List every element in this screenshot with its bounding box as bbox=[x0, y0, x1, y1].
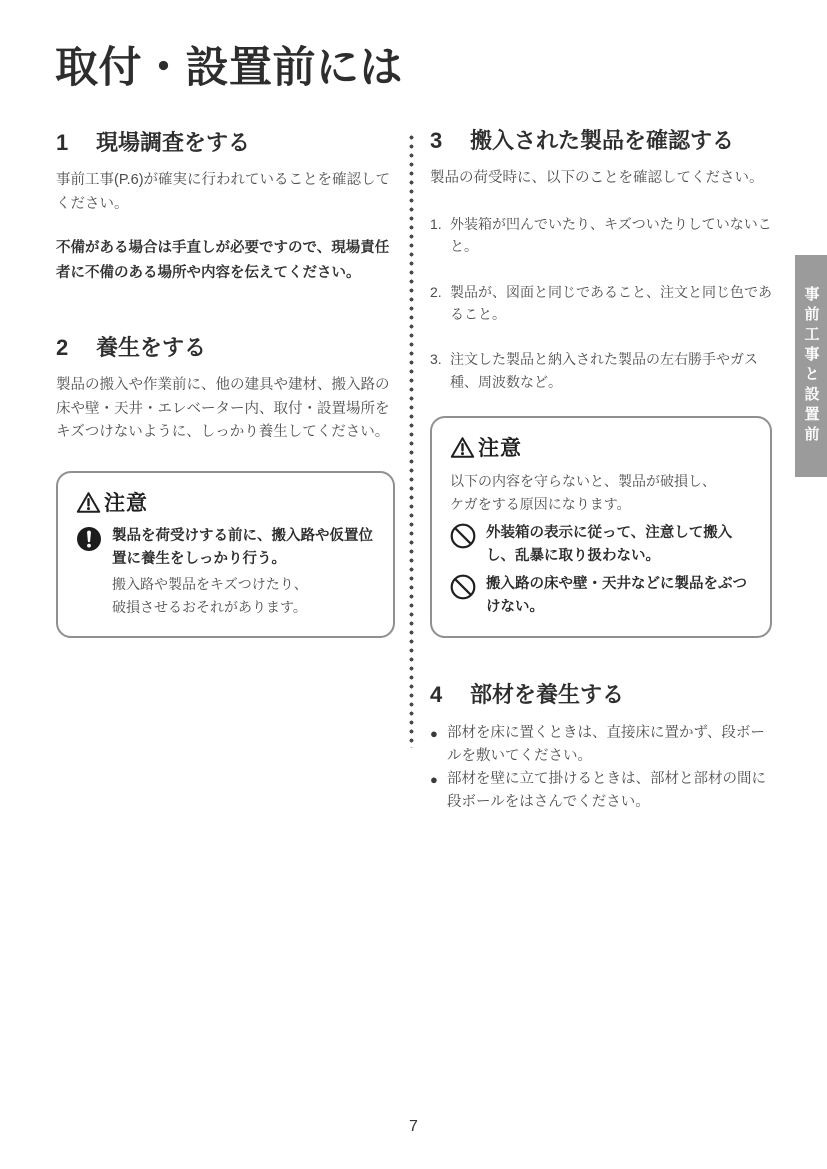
bullet-list: ● 部材を床に置くときは、直接床に置かず、段ボールを敷いてください。 ● 部材を… bbox=[430, 722, 774, 815]
section-1-number: 1 bbox=[56, 130, 96, 156]
caution-item-mandatory: 製品を荷受けする前に、搬入路や仮置位置に養生をしっかり行う。 搬入路や製品をキズ… bbox=[76, 525, 375, 618]
caution-item-prohibition: 外装箱の表示に従って、注意して搬入し、乱暴に取り扱わない。 bbox=[450, 522, 752, 567]
bullet-item: ● 部材を床に置くときは、直接床に置かず、段ボールを敷いてください。 bbox=[430, 722, 774, 768]
section-2-title: 養生をする bbox=[96, 335, 206, 361]
left-column: 1 現場調査をする 事前工事(P.6)が確実に行われていることを確認してください… bbox=[56, 130, 403, 638]
section-2-number: 2 bbox=[56, 335, 96, 361]
caution-consequence: 搬入路や製品をキズつけたり、 破損させるおそれがあります。 bbox=[112, 573, 375, 618]
prohibition-icon bbox=[450, 523, 476, 549]
bullet-text: 部材を壁に立て掛けるときは、部材と部材の間に段ボールをはさんでください。 bbox=[447, 768, 774, 814]
list-item: 2. 製品が、図面と同じであること、注文と同じ色であること。 bbox=[430, 281, 774, 326]
caution-item-text: 外装箱の表示に従って、注意して搬入し、乱暴に取り扱わない。 bbox=[486, 522, 752, 567]
section-4-heading: 4 部材を養生する bbox=[430, 682, 774, 708]
bullet-item: ● 部材を壁に立て掛けるときは、部材と部材の間に段ボールをはさんでください。 bbox=[430, 768, 774, 814]
list-item: 1. 外装箱が凹んでいたり、キズついたりしていないこと。 bbox=[430, 213, 774, 258]
section-3-title: 搬入された製品を確認する bbox=[470, 128, 734, 154]
caution-label: 注意 bbox=[478, 432, 522, 462]
prohibition-icon bbox=[450, 574, 476, 600]
check-list: 1. 外装箱が凹んでいたり、キズついたりしていないこと。 2. 製品が、図面と同… bbox=[430, 213, 774, 393]
list-item-text: 外装箱が凹んでいたり、キズついたりしていないこと。 bbox=[450, 213, 774, 258]
list-item-marker: 1. bbox=[430, 213, 450, 258]
chapter-side-tab: 事前工事と設置前 bbox=[795, 255, 827, 477]
mandatory-exclamation-circle-icon bbox=[76, 526, 102, 552]
prohibition-text: 搬入路の床や壁・天井などに製品をぶつけない。 bbox=[486, 573, 752, 618]
section-protect-parts: 4 部材を養生する ● 部材を床に置くときは、直接床に置かず、段ボールを敷いてく… bbox=[430, 682, 774, 814]
section-protection: 2 養生をする 製品の搬入や作業前に、他の建具や建材、搬入路の床や壁・天井・エレ… bbox=[56, 335, 403, 445]
caution-intro-line-2: ケガをする原因になります。 bbox=[450, 496, 631, 512]
warning-triangle-icon bbox=[450, 436, 475, 459]
caution-header: 注意 bbox=[76, 487, 375, 517]
section-2-heading: 2 養生をする bbox=[56, 335, 403, 361]
caution-item-prohibition: 搬入路の床や壁・天井などに製品をぶつけない。 bbox=[450, 573, 752, 618]
section-4-number: 4 bbox=[430, 682, 470, 708]
bullet-marker: ● bbox=[430, 768, 447, 814]
section-1-body: 事前工事(P.6)が確実に行われていることを確認してください。 bbox=[56, 169, 403, 216]
bullet-text: 部材を床に置くときは、直接床に置かず、段ボールを敷いてください。 bbox=[447, 722, 774, 768]
list-item-text: 製品が、図面と同じであること、注文と同じ色であること。 bbox=[450, 281, 774, 326]
caution-label: 注意 bbox=[104, 487, 148, 517]
caution-instruction: 製品を荷受けする前に、搬入路や仮置位置に養生をしっかり行う。 bbox=[112, 525, 375, 570]
list-item: 3. 注文した製品と納入された製品の左右勝手やガス種、周波数など。 bbox=[430, 348, 774, 393]
section-2-body: 製品の搬入や作業前に、他の建具や建材、搬入路の床や壁・天井・エレベーター内、取付… bbox=[56, 374, 403, 444]
list-item-marker: 3. bbox=[430, 348, 450, 393]
prohibition-text: 外装箱の表示に従って、注意して搬入し、乱暴に取り扱わない。 bbox=[486, 522, 752, 567]
section-3-number: 3 bbox=[430, 128, 470, 154]
manual-page: 取付・設置前には 1 現場調査をする 事前工事(P.6)が確実に行われていること… bbox=[0, 0, 827, 1169]
right-column: 3 搬入された製品を確認する 製品の荷受時に、以下のことを確認してください。 1… bbox=[430, 128, 774, 814]
caution-consequence-line-2: 破損させるおそれがあります。 bbox=[112, 599, 307, 615]
section-site-survey: 1 現場調査をする 事前工事(P.6)が確実に行われていることを確認してください… bbox=[56, 130, 403, 286]
caution-consequence-line-1: 搬入路や製品をキズつけたり、 bbox=[112, 576, 308, 592]
section-4-title: 部材を養生する bbox=[470, 682, 624, 708]
section-check-delivered-product: 3 搬入された製品を確認する 製品の荷受時に、以下のことを確認してください。 1… bbox=[430, 128, 774, 393]
list-item-text: 注文した製品と納入された製品の左右勝手やガス種、周波数など。 bbox=[450, 348, 774, 393]
caution-intro: 以下の内容を守らないと、製品が破損し、 ケガをする原因になります。 bbox=[450, 470, 752, 516]
caution-box-carry-in: 注意 以下の内容を守らないと、製品が破損し、 ケガをする原因になります。 外装箱… bbox=[430, 416, 772, 638]
section-1-title: 現場調査をする bbox=[96, 130, 250, 156]
section-1-bold-note: 不備がある場合は手直しが必要ですので、現場責任者に不備のある場所や内容を伝えてく… bbox=[56, 236, 403, 285]
caution-header: 注意 bbox=[450, 432, 752, 462]
caution-intro-line-1: 以下の内容を守らないと、製品が破損し、 bbox=[450, 473, 716, 489]
section-3-body: 製品の荷受時に、以下のことを確認してください。 bbox=[430, 167, 774, 190]
section-1-heading: 1 現場調査をする bbox=[56, 130, 403, 156]
page-title: 取付・設置前には bbox=[55, 34, 403, 95]
page-number: 7 bbox=[0, 1118, 827, 1136]
caution-item-text: 製品を荷受けする前に、搬入路や仮置位置に養生をしっかり行う。 搬入路や製品をキズ… bbox=[112, 525, 375, 618]
list-item-marker: 2. bbox=[430, 281, 450, 326]
column-divider bbox=[409, 133, 414, 748]
section-3-heading: 3 搬入された製品を確認する bbox=[430, 128, 774, 154]
warning-triangle-icon bbox=[76, 491, 101, 514]
chapter-side-tab-label: 事前工事と設置前 bbox=[801, 286, 822, 446]
caution-item-text: 搬入路の床や壁・天井などに製品をぶつけない。 bbox=[486, 573, 752, 618]
caution-box-protection: 注意 製品を荷受けする前に、搬入路や仮置位置に養生をしっかり行う。 搬入路や製品… bbox=[56, 471, 395, 638]
bullet-marker: ● bbox=[430, 722, 447, 768]
